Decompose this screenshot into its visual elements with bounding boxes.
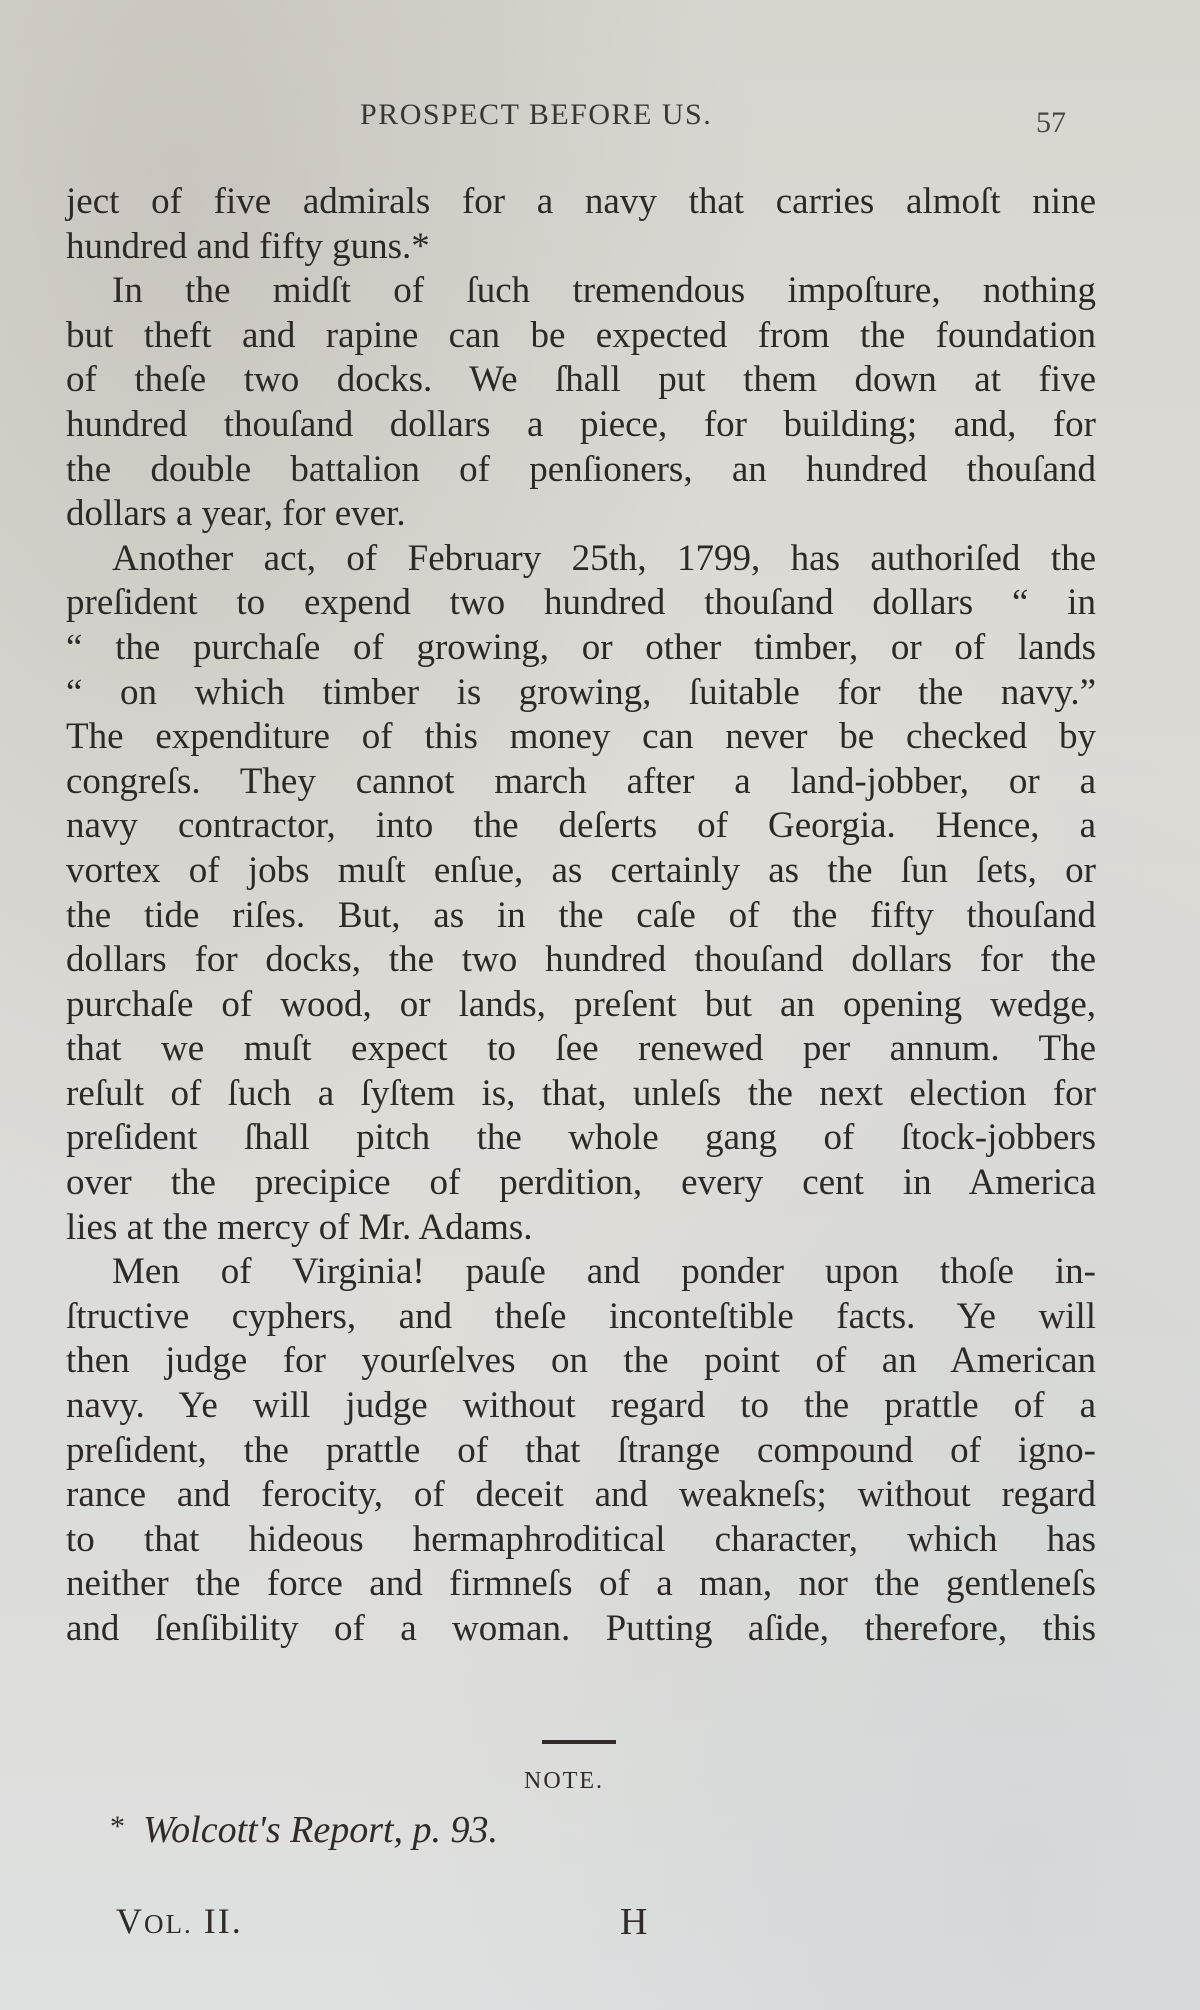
text-line: navy contractor, into the deſerts of Geo… xyxy=(66,804,1096,849)
text-line: dollars for docks, the two hundred thouſ… xyxy=(66,938,1096,983)
text-line: “ on which timber is growing, ſuitable f… xyxy=(66,671,1096,716)
volume-label: VOL. II. xyxy=(116,1900,243,1942)
note-divider-rule xyxy=(542,1740,616,1744)
text-line: of theſe two docks. We ſhall put them do… xyxy=(66,358,1096,403)
text-line: vortex of jobs muſt enſue, as certainly … xyxy=(66,849,1096,894)
signature-mark: H xyxy=(620,1900,647,1944)
text-line: to that hideous hermaphroditical charact… xyxy=(66,1518,1096,1563)
volume-number: II. xyxy=(204,1901,243,1941)
text-line: that we muſt expect to ſee renewed per a… xyxy=(66,1027,1096,1072)
volume-initial: V xyxy=(116,1901,144,1941)
signature-line: VOL. II. H xyxy=(0,1900,1200,1950)
footnote: *Wolcott's Report, p. 93. xyxy=(110,1808,498,1852)
text-line: then judge for yourſelves on the point o… xyxy=(66,1339,1096,1384)
text-line: the double battalion of penſioners, an h… xyxy=(66,448,1096,493)
text-line: The expenditure of this money can never … xyxy=(66,715,1096,760)
running-head: PROSPECT BEFORE US. 57 xyxy=(0,98,1200,142)
text-line: hundred thouſand dollars a piece, for bu… xyxy=(66,403,1096,448)
text-line: navy. Ye will judge without regard to th… xyxy=(66,1384,1096,1429)
text-line: lies at the mercy of Mr. Adams. xyxy=(66,1206,1096,1251)
text-line: congreſs. They cannot march after a land… xyxy=(66,760,1096,805)
text-line: ſtructive cyphers, and theſe inconteſtib… xyxy=(66,1295,1096,1340)
paragraph-start-line: Another act, of February 25th, 1799, has… xyxy=(66,537,1096,582)
text-line: hundred and fifty guns.* xyxy=(66,225,1096,270)
text-line: the tide riſes. But, as in the caſe of t… xyxy=(66,894,1096,939)
page-number: 57 xyxy=(1036,106,1066,140)
note-heading: NOTE. xyxy=(524,1768,604,1795)
text-line: preſident ſhall pitch the whole gang of … xyxy=(66,1116,1096,1161)
body-text: ject of five admirals for a navy that ca… xyxy=(66,180,1096,1652)
text-line: and ſenſibility of a woman. Putting aſid… xyxy=(66,1607,1096,1652)
text-line: neither the force and firmneſs of a man,… xyxy=(66,1562,1096,1607)
running-title: PROSPECT BEFORE US. xyxy=(360,98,712,132)
text-line: rance and ferocity, of deceit and weakne… xyxy=(66,1473,1096,1518)
text-line: preſident, the prattle of that ſtrange c… xyxy=(66,1429,1096,1474)
text-line: purchaſe of wood, or lands, preſent but … xyxy=(66,983,1096,1028)
paragraph-start-line: Men of Virginia! pauſe and ponder upon t… xyxy=(66,1250,1096,1295)
text-line: over the precipice of perdition, every c… xyxy=(66,1161,1096,1206)
paragraph-start-line: In the midſt of ſuch tremendous impoſtur… xyxy=(66,269,1096,314)
text-line: “ the purchaſe of growing, or other timb… xyxy=(66,626,1096,671)
text-line: reſult of ſuch a ſyſtem is, that, unleſs… xyxy=(66,1072,1096,1117)
text-line: but theft and rapine can be expected fro… xyxy=(66,314,1096,359)
text-line: dollars a year, for ever. xyxy=(66,492,1096,537)
text-line: ject of five admirals for a navy that ca… xyxy=(66,180,1096,225)
volume-rest: OL. xyxy=(144,1909,193,1939)
footnote-asterisk-icon: * xyxy=(110,1810,125,1843)
text-line: preſident to expend two hundred thouſand… xyxy=(66,581,1096,626)
footnote-text: Wolcott's Report, p. 93. xyxy=(143,1809,498,1851)
